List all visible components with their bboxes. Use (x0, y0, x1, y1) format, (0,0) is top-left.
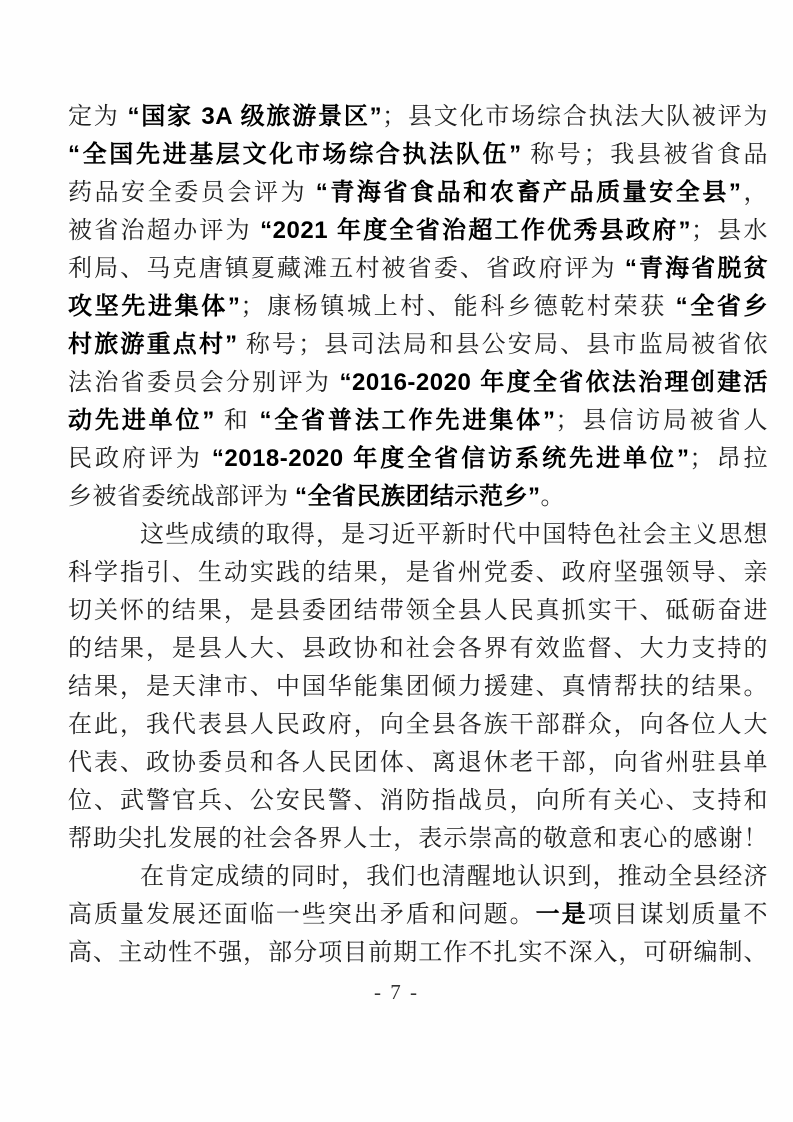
text-segment: 的结果，是县人大、县政协和社会各界有效监督、大力支持的 (68, 636, 768, 662)
bold-text-segment: “青海省食品和农畜产品质量安全县” (316, 179, 742, 206)
text-segment: 代表、政协委员和各人民团体、离退休老干部，向省州驻县单 (68, 750, 768, 776)
document-line: 村旅游重点村” 称号；县司法局和县公安局、县市监局被省依 (68, 326, 768, 364)
page-number: - 7 - (0, 980, 793, 1005)
text-segment: ， (741, 180, 768, 206)
bold-text-segment: “全省民族团结示范乡” (295, 483, 541, 510)
document-line: 科学指引、生动实践的结果，是省州党委、政府坚强领导、亲 (68, 554, 768, 592)
document-line: 动先进单位” 和 “全省普法工作先进集体”；县信访局被省人 (68, 402, 768, 440)
text-segment: 被省治超办评为 (68, 218, 260, 244)
text-segment: 称号；县司法局和县公安局、县市监局被省依 (238, 332, 768, 358)
document-page: 定为 “国家 3A 级旅游景区”；县文化市场综合执法大队被评为“全国先进基层文化… (0, 0, 793, 1122)
bold-text-segment: “2018-2020 年度全省信访系统先进单位” (212, 445, 690, 472)
text-segment: ；县水 (691, 218, 768, 244)
text-segment: 高质量发展还面临一些突出矛盾和问题。 (68, 902, 536, 928)
document-line: 民政府评为 “2018-2020 年度全省信访系统先进单位”；昂拉 (68, 440, 768, 478)
bold-text-segment: 动先进单位” (68, 407, 215, 434)
document-line: 在肯定成绩的同时，我们也清醒地认识到，推动全县经济 (68, 858, 768, 896)
text-segment: 药品安全委员会评为 (68, 180, 316, 206)
bold-text-segment: “全省普法工作先进集体” (259, 407, 555, 434)
text-segment: ；县文化市场综合执法大队被评为 (382, 104, 768, 130)
text-segment: 。 (541, 484, 566, 510)
text-segment: 民政府评为 (68, 446, 212, 472)
document-line: 结果，是天津市、中国华能集团倾力援建、真情帮扶的结果。 (68, 668, 768, 706)
bold-text-segment: “全国先进基层文化市场综合执法队伍” (68, 141, 522, 168)
document-line: 帮助尖扎发展的社会各界人士，表示崇高的敬意和衷心的感谢！ (68, 820, 768, 858)
text-segment: 切关怀的结果，是县委团结带领全县人民真抓实干、砥砺奋进 (68, 598, 768, 624)
text-segment: 和 (215, 408, 260, 434)
text-segment: 项目谋划质量不 (588, 902, 768, 928)
bold-text-segment: 一是 (536, 901, 588, 928)
bold-text-segment: “全省乡 (676, 293, 768, 320)
bold-text-segment: 攻坚先进集体” (68, 293, 240, 320)
text-segment: ；康杨镇城上村、能科乡德乾村荣获 (240, 294, 675, 320)
text-segment: 科学指引、生动实践的结果，是省州党委、政府坚强领导、亲 (68, 560, 768, 586)
document-line: 高质量发展还面临一些突出矛盾和问题。一是项目谋划质量不 (68, 896, 768, 934)
text-segment: 乡被省委统战部评为 (68, 484, 295, 510)
bold-text-segment: 村旅游重点村” (68, 331, 238, 358)
text-segment: 定为 (68, 104, 127, 130)
document-line: 这些成绩的取得，是习近平新时代中国特色社会主义思想 (68, 516, 768, 554)
bold-text-segment: “国家 3A 级旅游景区” (127, 103, 382, 130)
text-segment: ；县信访局被省人 (555, 408, 768, 434)
document-line: 在此，我代表县人民政府，向全县各族干部群众，向各位人大 (68, 706, 768, 744)
text-segment: 利局、马克唐镇夏藏滩五村被省委、省政府评为 (68, 256, 625, 282)
bold-text-segment: “青海省脱贫 (625, 255, 768, 282)
text-segment: 法治省委员会分别评为 (68, 370, 340, 396)
text-segment: 称号；我县被省食品 (522, 142, 768, 168)
document-line: 切关怀的结果，是县委团结带领全县人民真抓实干、砥砺奋进 (68, 592, 768, 630)
text-segment: 结果，是天津市、中国华能集团倾力援建、真情帮扶的结果。 (68, 674, 768, 700)
document-line: 的结果，是县人大、县政协和社会各界有效监督、大力支持的 (68, 630, 768, 668)
document-line: “全国先进基层文化市场综合执法队伍” 称号；我县被省食品 (68, 136, 768, 174)
document-line: 高、主动性不强，部分项目前期工作不扎实不深入，可研编制、 (68, 934, 768, 972)
text-segment: 这些成绩的取得，是习近平新时代中国特色社会主义思想 (140, 522, 768, 548)
document-line: 药品安全委员会评为 “青海省食品和农畜产品质量安全县”， (68, 174, 768, 212)
text-segment: 在肯定成绩的同时，我们也清醒地认识到，推动全县经济 (140, 864, 768, 890)
text-segment: 位、武警官兵、公安民警、消防指战员，向所有关心、支持和 (68, 788, 768, 814)
document-line: 位、武警官兵、公安民警、消防指战员，向所有关心、支持和 (68, 782, 768, 820)
document-line: 利局、马克唐镇夏藏滩五村被省委、省政府评为 “青海省脱贫 (68, 250, 768, 288)
document-line: 法治省委员会分别评为 “2016-2020 年度全省依法治理创建活 (68, 364, 768, 402)
text-segment: 高、主动性不强，部分项目前期工作不扎实不深入，可研编制、 (68, 940, 768, 966)
document-line: 乡被省委统战部评为 “全省民族团结示范乡”。 (68, 478, 768, 516)
text-segment: 帮助尖扎发展的社会各界人士，表示崇高的敬意和衷心的感谢！ (68, 826, 768, 852)
bold-text-segment: “2021 年度全省治超工作优秀县政府” (260, 217, 691, 244)
document-line: 被省治超办评为 “2021 年度全省治超工作优秀县政府”；县水 (68, 212, 768, 250)
document-line: 攻坚先进集体”；康杨镇城上村、能科乡德乾村荣获 “全省乡 (68, 288, 768, 326)
bold-text-segment: “2016-2020 年度全省依法治理创建活 (340, 369, 768, 396)
text-block: 定为 “国家 3A 级旅游景区”；县文化市场综合执法大队被评为“全国先进基层文化… (68, 98, 768, 972)
document-line: 代表、政协委员和各人民团体、离退休老干部，向省州驻县单 (68, 744, 768, 782)
text-segment: ；昂拉 (690, 446, 768, 472)
text-segment: 在此，我代表县人民政府，向全县各族干部群众，向各位人大 (68, 712, 768, 738)
document-line: 定为 “国家 3A 级旅游景区”；县文化市场综合执法大队被评为 (68, 98, 768, 136)
